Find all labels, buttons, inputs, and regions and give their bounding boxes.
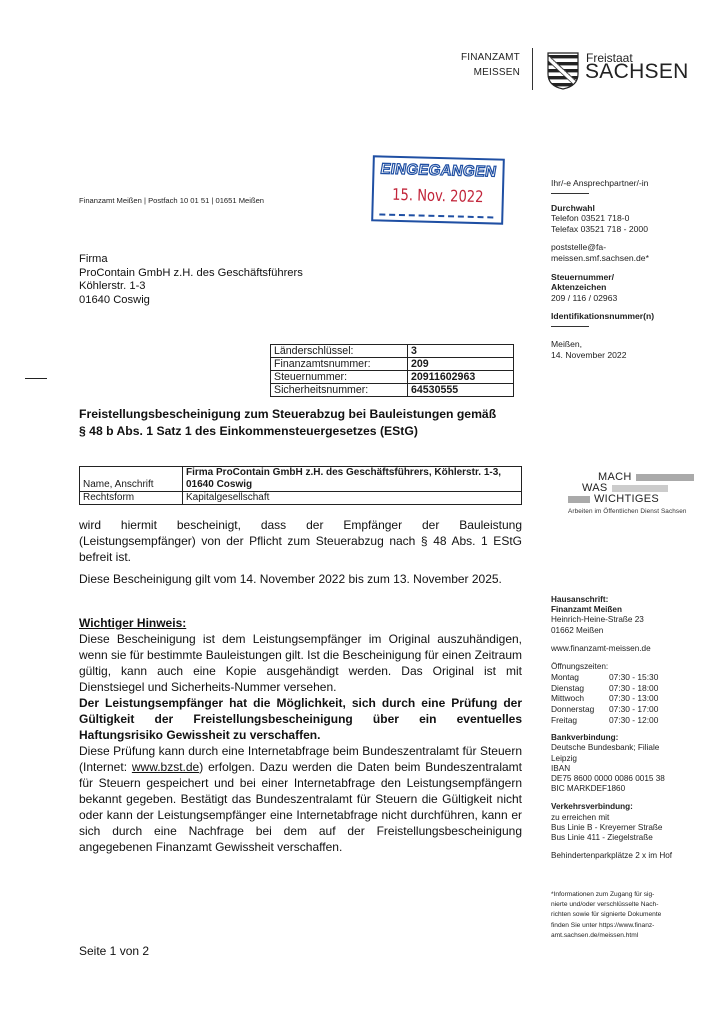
campaign-line3: WICHTIGES: [594, 494, 659, 505]
durchwahl-label: Durchwahl: [551, 203, 595, 213]
recipient-line1: Firma: [79, 253, 303, 267]
header-divider: [532, 48, 533, 90]
company-table: Name, Anschrift Firma ProContain GmbH z.…: [79, 466, 522, 505]
row-value: 3: [408, 345, 514, 358]
iban-value: DE75 8600 0000 0086 0015 38: [551, 774, 711, 784]
address-city: 01662 Meißen: [551, 626, 711, 636]
recipient-address: Firma ProContain GmbH z.H. des Geschäfts…: [79, 253, 303, 307]
email-line2[interactable]: meissen.smf.sachsen.de*: [551, 253, 711, 264]
stamp-title: EINGEGANGEN: [377, 160, 500, 180]
campaign-bar: [568, 496, 590, 503]
office-info: Hausanschrift: Finanzamt Meißen Heinrich…: [551, 595, 711, 861]
contact-person-label: Ihr/-e Ansprechpartner/-in: [551, 178, 711, 189]
table-row: Sicherheitsnummer:64530555: [271, 384, 514, 397]
form-label: Rechtsform: [80, 492, 183, 505]
recipient-line3: Köhlerstr. 1-3: [79, 280, 303, 294]
steuernummer-label1: Steuernummer/: [551, 272, 614, 282]
table-row: Finanzamtsnummer:209: [271, 358, 514, 371]
campaign-bar: [636, 474, 694, 481]
certification-text: wird hiermit bescheinigt, dass der Empfä…: [79, 517, 522, 565]
table-row: Steuernummer:20911602963: [271, 371, 514, 384]
name-value-line1: Firma ProContain GmbH z.H. des Geschäfts…: [186, 467, 501, 478]
campaign-subline: Arbeiten im Öffentlichen Dienst Sachsen: [568, 508, 718, 515]
letter-place: Meißen,: [551, 339, 711, 350]
tax-office-line2: MEISSEN: [452, 65, 520, 80]
tax-office-line1: FINANZAMT: [452, 50, 520, 65]
row-label: Finanzamtsnummer:: [271, 358, 408, 371]
name-label: Name, Anschrift: [80, 467, 183, 492]
transport-line2: Bus Linie B - Kreyerner Straße: [551, 823, 711, 833]
sender-line: Finanzamt Meißen | Postfach 10 01 51 | 0…: [79, 196, 264, 205]
bank-label: Bankverbindung:: [551, 733, 618, 742]
table-row: Rechtsform Kapitalgesellschaft: [80, 492, 522, 505]
hours-label: Öffnungszeiten:: [551, 662, 711, 672]
validity-paragraph: Diese Bescheinigung gilt vom 14. Novembe…: [79, 571, 522, 587]
campaign-bar: [612, 485, 668, 492]
received-stamp: EINGEGANGEN 15. Nov. 2022: [371, 155, 505, 224]
day: Freitag: [551, 715, 609, 726]
bzst-link[interactable]: www.bzst.de: [132, 760, 199, 774]
fold-mark: [25, 378, 47, 379]
table-row: Name, Anschrift Firma ProContain GmbH z.…: [80, 467, 522, 492]
footnote-line: nierte und/oder verschlüsselte Nach-: [551, 900, 711, 910]
time: 07:30 - 17:00: [609, 704, 658, 715]
validity-text: Diese Bescheinigung gilt vom 14. Novembe…: [79, 571, 522, 587]
bank-line2: Leipzig: [551, 754, 711, 764]
day: Mittwoch: [551, 693, 609, 704]
notice-bold-paragraph: Der Leistungsempfänger hat die Möglichke…: [79, 695, 522, 743]
table-row: Dienstag07:30 - 18:00: [551, 683, 658, 694]
check-text-2: ) erfolgen. Dazu werden die Daten beim B…: [79, 760, 522, 854]
row-label: Steuernummer:: [271, 371, 408, 384]
row-value: 209: [408, 358, 514, 371]
state-label-big: SACHSEN: [585, 60, 689, 84]
notice-heading: Wichtiger Hinweis:: [79, 616, 186, 630]
website-link[interactable]: www.finanzamt-meissen.de: [551, 644, 711, 654]
iban-label: IBAN: [551, 764, 711, 774]
footnote-line: amt.sachsen.de/meissen.html: [551, 931, 711, 941]
table-row: Donnerstag07:30 - 17:00: [551, 704, 658, 715]
document-title: Freistellungsbescheinigung zum Steuerabz…: [79, 406, 529, 440]
name-value-line2: 01640 Coswig: [186, 479, 252, 490]
parking-info: Behindertenparkplätze 2 x im Hof: [551, 851, 711, 861]
telefon: Telefon 03521 718-0: [551, 213, 711, 224]
notice-section: Wichtiger Hinweis: Diese Bescheinigung i…: [79, 615, 522, 855]
table-row: Mittwoch07:30 - 13:00: [551, 693, 658, 704]
bic-value: BIC MARKDEF1860: [551, 784, 711, 794]
row-label: Sicherheitsnummer:: [271, 384, 408, 397]
row-value: 20911602963: [408, 371, 514, 384]
footnote: *Informationen zum Zugang für sig- niert…: [551, 890, 711, 941]
telefax: Telefax 03521 718 - 2000: [551, 224, 711, 235]
table-row: Freitag07:30 - 12:00: [551, 715, 658, 726]
time: 07:30 - 15:30: [609, 672, 658, 683]
saxony-coat-of-arms-icon: [547, 52, 579, 90]
stamp-date: 15. Nov. 2022: [385, 185, 490, 207]
day: Donnerstag: [551, 704, 609, 715]
hours-table: Montag07:30 - 15:30 Dienstag07:30 - 18:0…: [551, 672, 658, 725]
transport-line1: zu erreichen mit: [551, 813, 711, 823]
name-value: Firma ProContain GmbH z.H. des Geschäfts…: [183, 467, 522, 492]
address-street: Heinrich-Heine-Straße 23: [551, 615, 711, 625]
certify-paragraph: wird hiermit bescheinigt, dass der Empfä…: [79, 517, 522, 565]
row-value: 64530555: [408, 384, 514, 397]
address-label: Hausanschrift:: [551, 595, 608, 604]
check-paragraph: Diese Prüfung kann durch eine Internetab…: [79, 743, 522, 855]
table-row: Länderschlüssel:3: [271, 345, 514, 358]
title-line2: § 48 b Abs. 1 Satz 1 des Einkommensteuer…: [79, 423, 529, 440]
table-row: Montag07:30 - 15:30: [551, 672, 658, 683]
row-label: Länderschlüssel:: [271, 345, 408, 358]
form-value: Kapitalgesellschaft: [183, 492, 522, 505]
footnote-line: richten sowie für signierte Dokumente: [551, 910, 711, 920]
recipient-line4: 01640 Coswig: [79, 294, 303, 308]
tax-office-name: FINANZAMT MEISSEN: [452, 50, 520, 80]
email-line1[interactable]: poststelle@fa-: [551, 242, 711, 253]
footnote-line: *Informationen zum Zugang für sig-: [551, 890, 711, 900]
letter-date: 14. November 2022: [551, 350, 711, 361]
day: Montag: [551, 672, 609, 683]
stamp-dashed-line: [379, 213, 493, 218]
time: 07:30 - 13:00: [609, 693, 658, 704]
transport-line3: Bus Linie 411 - Ziegelstraße: [551, 833, 711, 843]
page-number: Seite 1 von 2: [79, 944, 149, 958]
campaign-logo: MACH WAS WICHTIGES Arbeiten im Öffentlic…: [568, 472, 718, 515]
footnote-line: finden Sie unter https://www.finanz-: [551, 921, 711, 931]
title-line1: Freistellungsbescheinigung zum Steuerabz…: [79, 406, 529, 423]
tax-numbers-table: Länderschlüssel:3 Finanzamtsnummer:209 S…: [270, 344, 514, 397]
address-name: Finanzamt Meißen: [551, 605, 622, 614]
steuernummer-label2: Aktenzeichen: [551, 282, 606, 292]
id-number-label: Identifikationsnummer(n): [551, 311, 654, 321]
bank-line1: Deutsche Bundesbank; Filiale: [551, 743, 711, 753]
day: Dienstag: [551, 683, 609, 694]
time: 07:30 - 12:00: [609, 715, 658, 726]
notice-paragraph: Diese Bescheinigung ist dem Leistungsemp…: [79, 631, 522, 695]
transport-label: Verkehrsverbindung:: [551, 802, 633, 811]
steuernummer-value: 209 / 116 / 02963: [551, 293, 711, 304]
contact-block: Ihr/-e Ansprechpartner/-in Durchwahl Tel…: [551, 178, 711, 360]
recipient-line2: ProContain GmbH z.H. des Geschäftsführer…: [79, 267, 303, 281]
time: 07:30 - 18:00: [609, 683, 658, 694]
